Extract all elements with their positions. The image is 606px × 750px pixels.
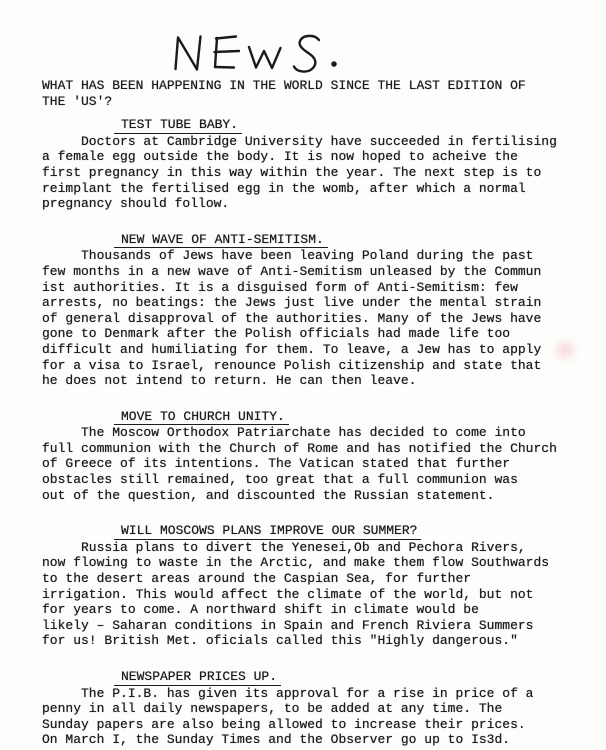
section-heading: WILL MOSCOWS PLANS IMPROVE OUR SUMMER? — [114, 523, 421, 540]
news-title — [168, 28, 353, 83]
heading-row: TEST TUBE BABY. — [114, 117, 598, 134]
scanned-newsletter-page: N E W S. WHAT HAS BEEN HAPPENING IN THE … — [0, 0, 606, 750]
section-church-unity: MOVE TO CHURCH UNITY. The Moscow Orthodo… — [42, 409, 598, 504]
section-paragraph: The Moscow Orthodox Patriarchate has dec… — [42, 425, 598, 503]
section-anti-semitism: NEW WAVE OF ANTI-SEMITISM. Thousands of … — [42, 232, 598, 389]
section-heading: MOVE TO CHURCH UNITY. — [114, 409, 289, 426]
title-letter-w — [249, 47, 281, 68]
section-paragraph: Doctors at Cambridge University have suc… — [42, 134, 598, 212]
title-letter-e — [215, 67, 234, 68]
heading-row: WILL MOSCOWS PLANS IMPROVE OUR SUMMER? — [114, 523, 598, 540]
intro-question: WHAT HAS BEEN HAPPENING IN THE WORLD SIN… — [42, 78, 598, 109]
section-test-tube-baby: TEST TUBE BABY. Doctors at Cambridge Uni… — [42, 117, 598, 212]
section-heading: TEST TUBE BABY. — [114, 117, 242, 134]
title-letter-e — [215, 51, 240, 52]
section-moscow-plans: WILL MOSCOWS PLANS IMPROVE OUR SUMMER? R… — [42, 523, 598, 649]
document-body: WHAT HAS BEEN HAPPENING IN THE WORLD SIN… — [42, 78, 598, 748]
ink-smudge — [552, 336, 578, 364]
section-paragraph: The P.I.B. has given its approval for a … — [42, 686, 598, 748]
heading-row: NEW WAVE OF ANTI-SEMITISM. — [114, 232, 598, 249]
title-letter-e — [216, 37, 236, 39]
heading-row: MOVE TO CHURCH UNITY. — [114, 409, 598, 426]
section-heading: NEWSPAPER PRICES UP. — [114, 669, 281, 686]
news-title-text: N E W S. — [0, 0, 1, 1]
title-letter-s — [294, 36, 319, 72]
section-heading: NEW WAVE OF ANTI-SEMITISM. — [114, 232, 328, 249]
section-newspaper-prices: NEWSPAPER PRICES UP. The P.I.B. has give… — [42, 669, 598, 748]
heading-row: NEWSPAPER PRICES UP. — [114, 669, 598, 686]
section-paragraph: Russia plans to divert the Yenesei,Ob an… — [42, 540, 598, 649]
title-letter-n — [176, 37, 201, 70]
section-paragraph: Thousands of Jews have been leaving Pola… — [42, 248, 598, 388]
title-period — [331, 61, 337, 67]
